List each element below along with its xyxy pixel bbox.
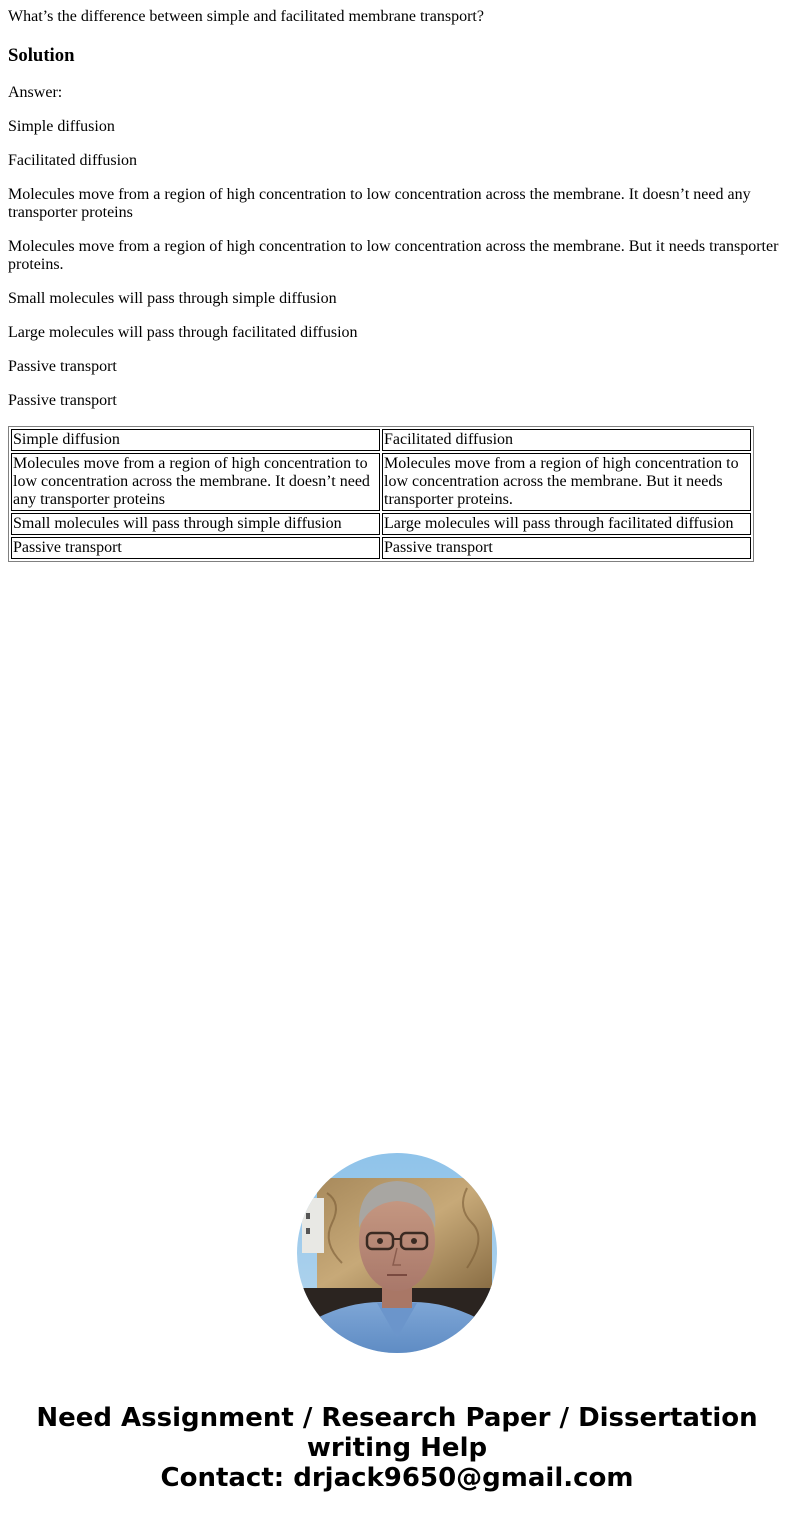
table-row: Small molecules will pass through simple… <box>11 513 751 535</box>
paragraph: Molecules move from a region of high con… <box>8 186 786 222</box>
table-cell: Molecules move from a region of high con… <box>382 453 751 511</box>
banner-contact: Contact: drjack9650@gmail.com <box>0 1463 794 1493</box>
answer-label: Answer: <box>8 84 786 102</box>
paragraph: Small molecules will pass through simple… <box>8 290 786 308</box>
paragraph: Passive transport <box>8 392 786 410</box>
promo-banner: Need Assignment / Research Paper / Disse… <box>0 1403 794 1493</box>
banner-line: Need Assignment / Research Paper / Disse… <box>0 1403 794 1433</box>
paragraph: Facilitated diffusion <box>8 152 786 170</box>
paragraph: Molecules move from a region of high con… <box>8 238 786 274</box>
portrait-image <box>297 1153 497 1353</box>
table-cell: Small molecules will pass through simple… <box>11 513 380 535</box>
table-cell: Facilitated diffusion <box>382 429 751 451</box>
author-avatar <box>297 1153 497 1353</box>
paragraph: Simple diffusion <box>8 118 786 136</box>
table-row: Molecules move from a region of high con… <box>11 453 751 511</box>
table-row: Simple diffusion Facilitated diffusion <box>11 429 751 451</box>
solution-heading: Solution <box>8 45 786 67</box>
comparison-table: Simple diffusion Facilitated diffusion M… <box>8 426 754 562</box>
document-body: What’s the difference between simple and… <box>0 8 794 562</box>
table-cell: Passive transport <box>11 537 380 559</box>
table-cell: Simple diffusion <box>11 429 380 451</box>
table-cell: Molecules move from a region of high con… <box>11 453 380 511</box>
banner-line: writing Help <box>0 1433 794 1463</box>
table-cell: Passive transport <box>382 537 751 559</box>
paragraph: Large molecules will pass through facili… <box>8 324 786 342</box>
question-text: What’s the difference between simple and… <box>8 8 786 26</box>
paragraph: Passive transport <box>8 358 786 376</box>
table-cell: Large molecules will pass through facili… <box>382 513 751 535</box>
table-row: Passive transport Passive transport <box>11 537 751 559</box>
